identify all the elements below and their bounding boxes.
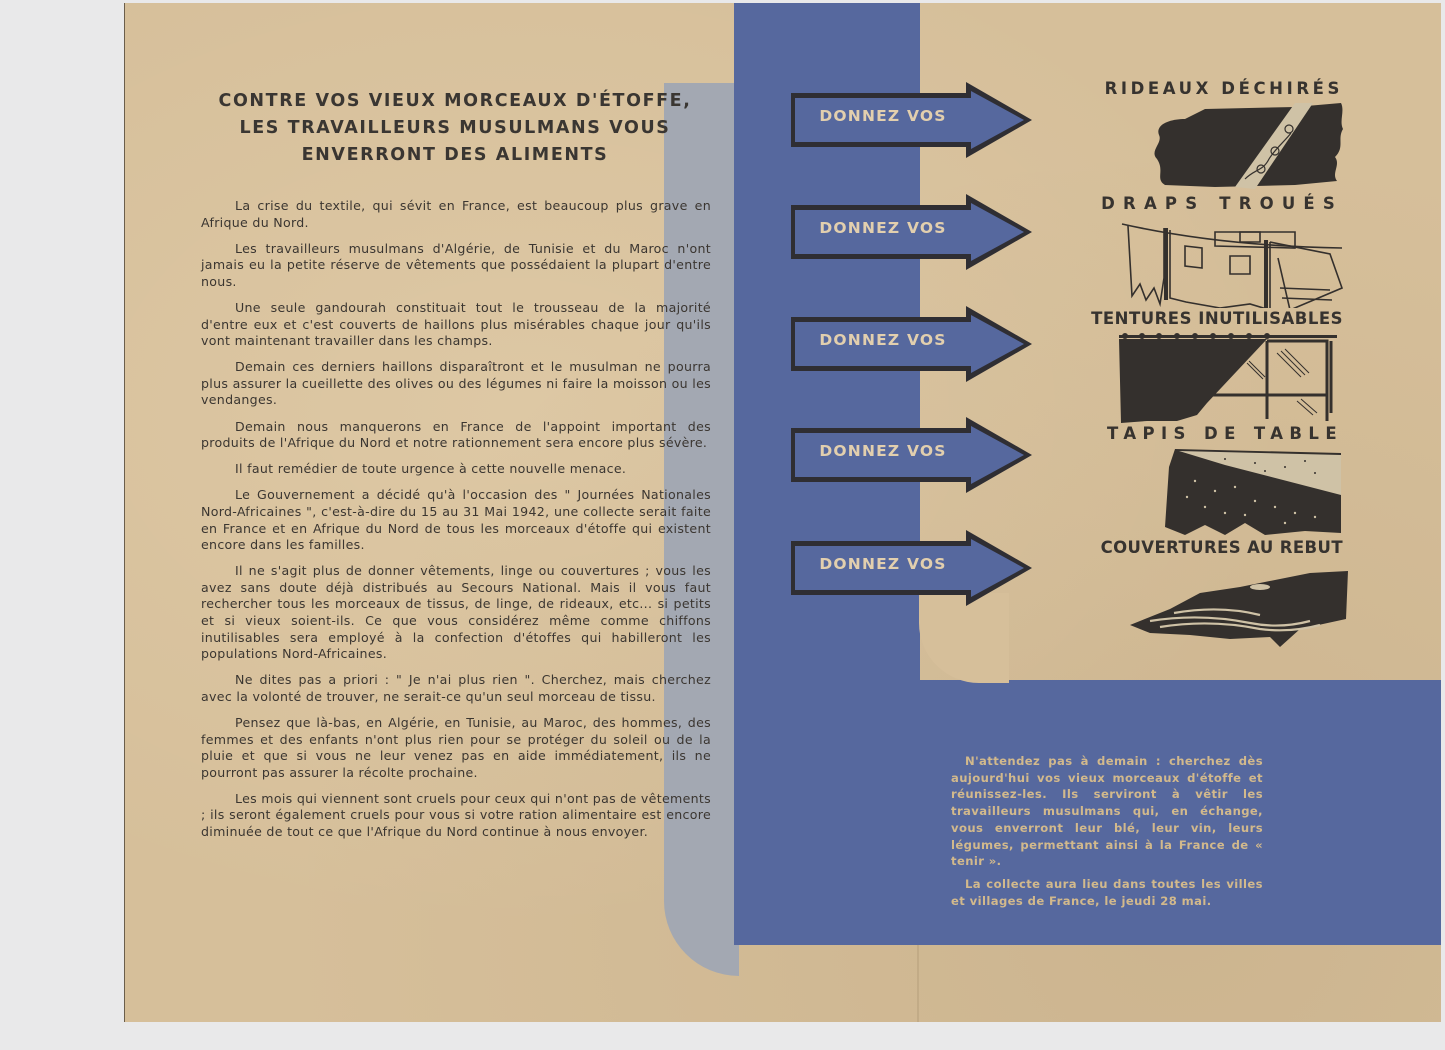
arrow-donnez-vos-1: DONNEZ VOS — [788, 80, 1036, 158]
title-line-1: Contre vos vieux morceaux d'étoffe, — [201, 88, 709, 115]
arrow-label: DONNEZ VOS — [798, 331, 968, 349]
discarded-blanket-illustration — [1130, 563, 1350, 649]
arrow-donnez-vos-3: DONNEZ VOS — [788, 304, 1036, 382]
arrow-label: DONNEZ VOS — [798, 442, 968, 460]
leaflet-title: Contre vos vieux morceaux d'étoffe, les … — [201, 88, 709, 169]
title-line-3: enverront des aliments — [201, 142, 709, 169]
paragraph: Il faut remédier de toute urgence à cett… — [201, 461, 711, 478]
paragraph: Pensez que là-bas, en Algérie, en Tunisi… — [201, 715, 711, 781]
paragraph: Les mois qui viennent sont cruels pour c… — [201, 791, 711, 841]
arrow-donnez-vos-4: DONNEZ VOS — [788, 415, 1036, 493]
paragraph: La crise du textile, qui sévit en France… — [201, 198, 711, 231]
item-title-couvertures: COUVERTURES AU REBUT — [1085, 538, 1343, 557]
title-line-2: les travailleurs musulmans vous — [201, 115, 709, 142]
paragraph: Une seule gandourah constituait tout le … — [201, 300, 711, 350]
closing-text: N'attendez pas à demain : cherchez dès a… — [951, 753, 1263, 915]
holed-sheets-illustration — [1120, 218, 1345, 308]
paragraph: Le Gouvernement a décidé qu'à l'occasion… — [201, 487, 711, 553]
body-text: La crise du textile, qui sévit en France… — [201, 198, 711, 850]
paragraph: Il ne s'agit plus de donner vêtements, l… — [201, 563, 711, 663]
paragraph: Ne dites pas a priori : " Je n'ai plus r… — [201, 672, 711, 705]
arrow-donnez-vos-5: DONNEZ VOS — [788, 528, 1036, 606]
closing-paragraph: N'attendez pas à demain : cherchez dès a… — [951, 753, 1263, 870]
tablecloth-illustration — [1165, 447, 1345, 537]
paragraph: Demain ces derniers haillons disparaîtro… — [201, 359, 711, 409]
unusable-drapes-illustration — [1117, 333, 1342, 425]
arrow-donnez-vos-2: DONNEZ VOS — [788, 192, 1036, 270]
leaflet-page: Contre vos vieux morceaux d'étoffe, les … — [124, 3, 1441, 1022]
arrow-label: DONNEZ VOS — [798, 219, 968, 237]
arrow-label: DONNEZ VOS — [798, 555, 968, 573]
arrow-label: DONNEZ VOS — [798, 107, 968, 125]
paragraph: Les travailleurs musulmans d'Algérie, de… — [201, 241, 711, 291]
item-title-rideaux: RIDEAUX DÉCHIRÉS — [1091, 79, 1343, 98]
paragraph: Demain nous manquerons en France de l'ap… — [201, 419, 711, 452]
torn-curtain-illustration — [1145, 99, 1345, 191]
item-title-tapis: TAPIS DE TABLE — [1085, 424, 1343, 443]
item-title-draps: DRAPS TROUÉS — [1091, 194, 1343, 213]
closing-paragraph: La collecte aura lieu dans toutes les vi… — [951, 876, 1263, 909]
item-title-tentures: TENTURES INUTILISABLES — [1085, 309, 1343, 328]
